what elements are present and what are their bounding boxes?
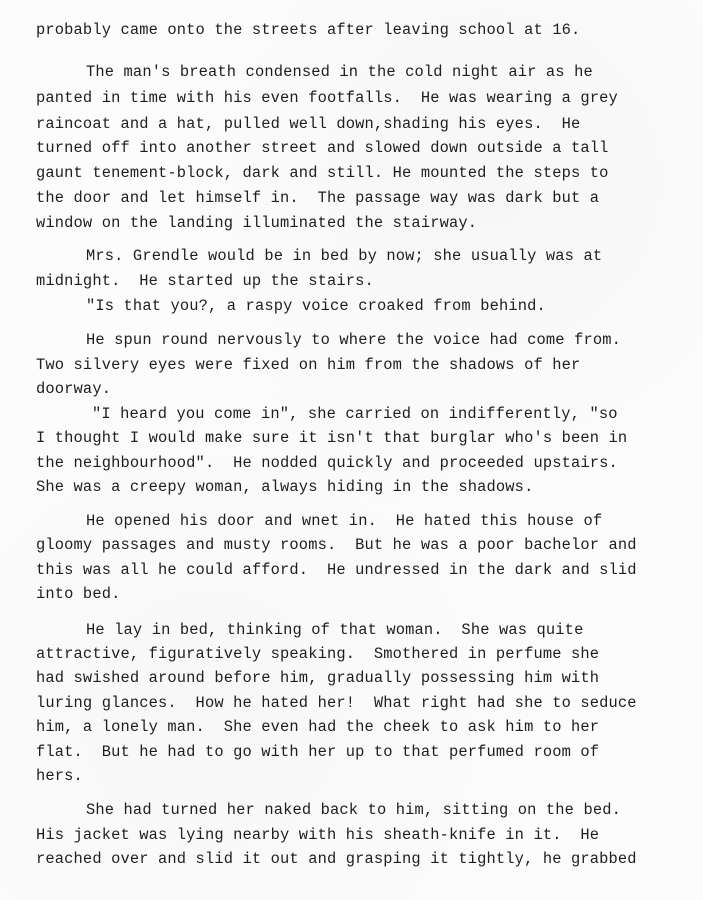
text-line: probably came onto the streets after lea…	[36, 20, 580, 40]
text-line: hers.	[36, 766, 83, 786]
text-line: panted in time with his even footfalls. …	[36, 88, 618, 108]
text-line: I thought I would make sure it isn't tha…	[36, 428, 627, 448]
text-line: into bed.	[36, 584, 120, 604]
paragraph-start-line: He spun round nervously to where the voi…	[86, 330, 621, 350]
paragraph-start-line: She had turned her naked back to him, si…	[86, 800, 621, 820]
text-line: Two silvery eyes were fixed on him from …	[36, 355, 580, 375]
text-line: the neighbourhood". He nodded quickly an…	[36, 453, 618, 473]
text-line: had swished around before him, gradually…	[36, 668, 599, 688]
text-line: His jacket was lying nearby with his she…	[36, 825, 599, 845]
paragraph-start-line: Mrs. Grendle would be in bed by now; she…	[86, 246, 602, 266]
text-line: the door and let himself in. The passage…	[36, 188, 599, 208]
text-line: him, a lonely man. She even had the chee…	[36, 717, 599, 737]
dialogue-line: "I heard you come in", she carried on in…	[92, 404, 618, 424]
text-line: raincoat and a hat, pulled well down,sha…	[36, 114, 580, 134]
text-line: turned off into another street and slowe…	[36, 138, 609, 158]
text-line: window on the landing illuminated the st…	[36, 213, 477, 233]
text-line: reached over and slid it out and graspin…	[36, 849, 637, 869]
text-line: this was all he could afford. He undress…	[36, 560, 637, 580]
text-line: doorway.	[36, 379, 111, 399]
text-line: midnight. He started up the stairs.	[36, 271, 374, 291]
paragraph-start-line: He lay in bed, thinking of that woman. S…	[86, 620, 583, 640]
text-line: gloomy passages and musty rooms. But he …	[36, 535, 637, 555]
dialogue-line: "Is that you?, a raspy voice croaked fro…	[86, 296, 546, 316]
text-line: attractive, figuratively speaking. Smoth…	[36, 644, 599, 664]
typewritten-page: probably came onto the streets after lea…	[0, 0, 703, 900]
text-line: flat. But he had to go with her up to th…	[36, 742, 599, 762]
paragraph-start-line: The man's breath condensed in the cold n…	[86, 62, 593, 82]
paragraph-start-line: He opened his door and wnet in. He hated…	[86, 511, 602, 531]
text-line: gaunt tenement-block, dark and still. He…	[36, 163, 609, 183]
text-line: luring glances. How he hated her! What r…	[36, 693, 637, 713]
text-line: She was a creepy woman, always hiding in…	[36, 477, 533, 497]
